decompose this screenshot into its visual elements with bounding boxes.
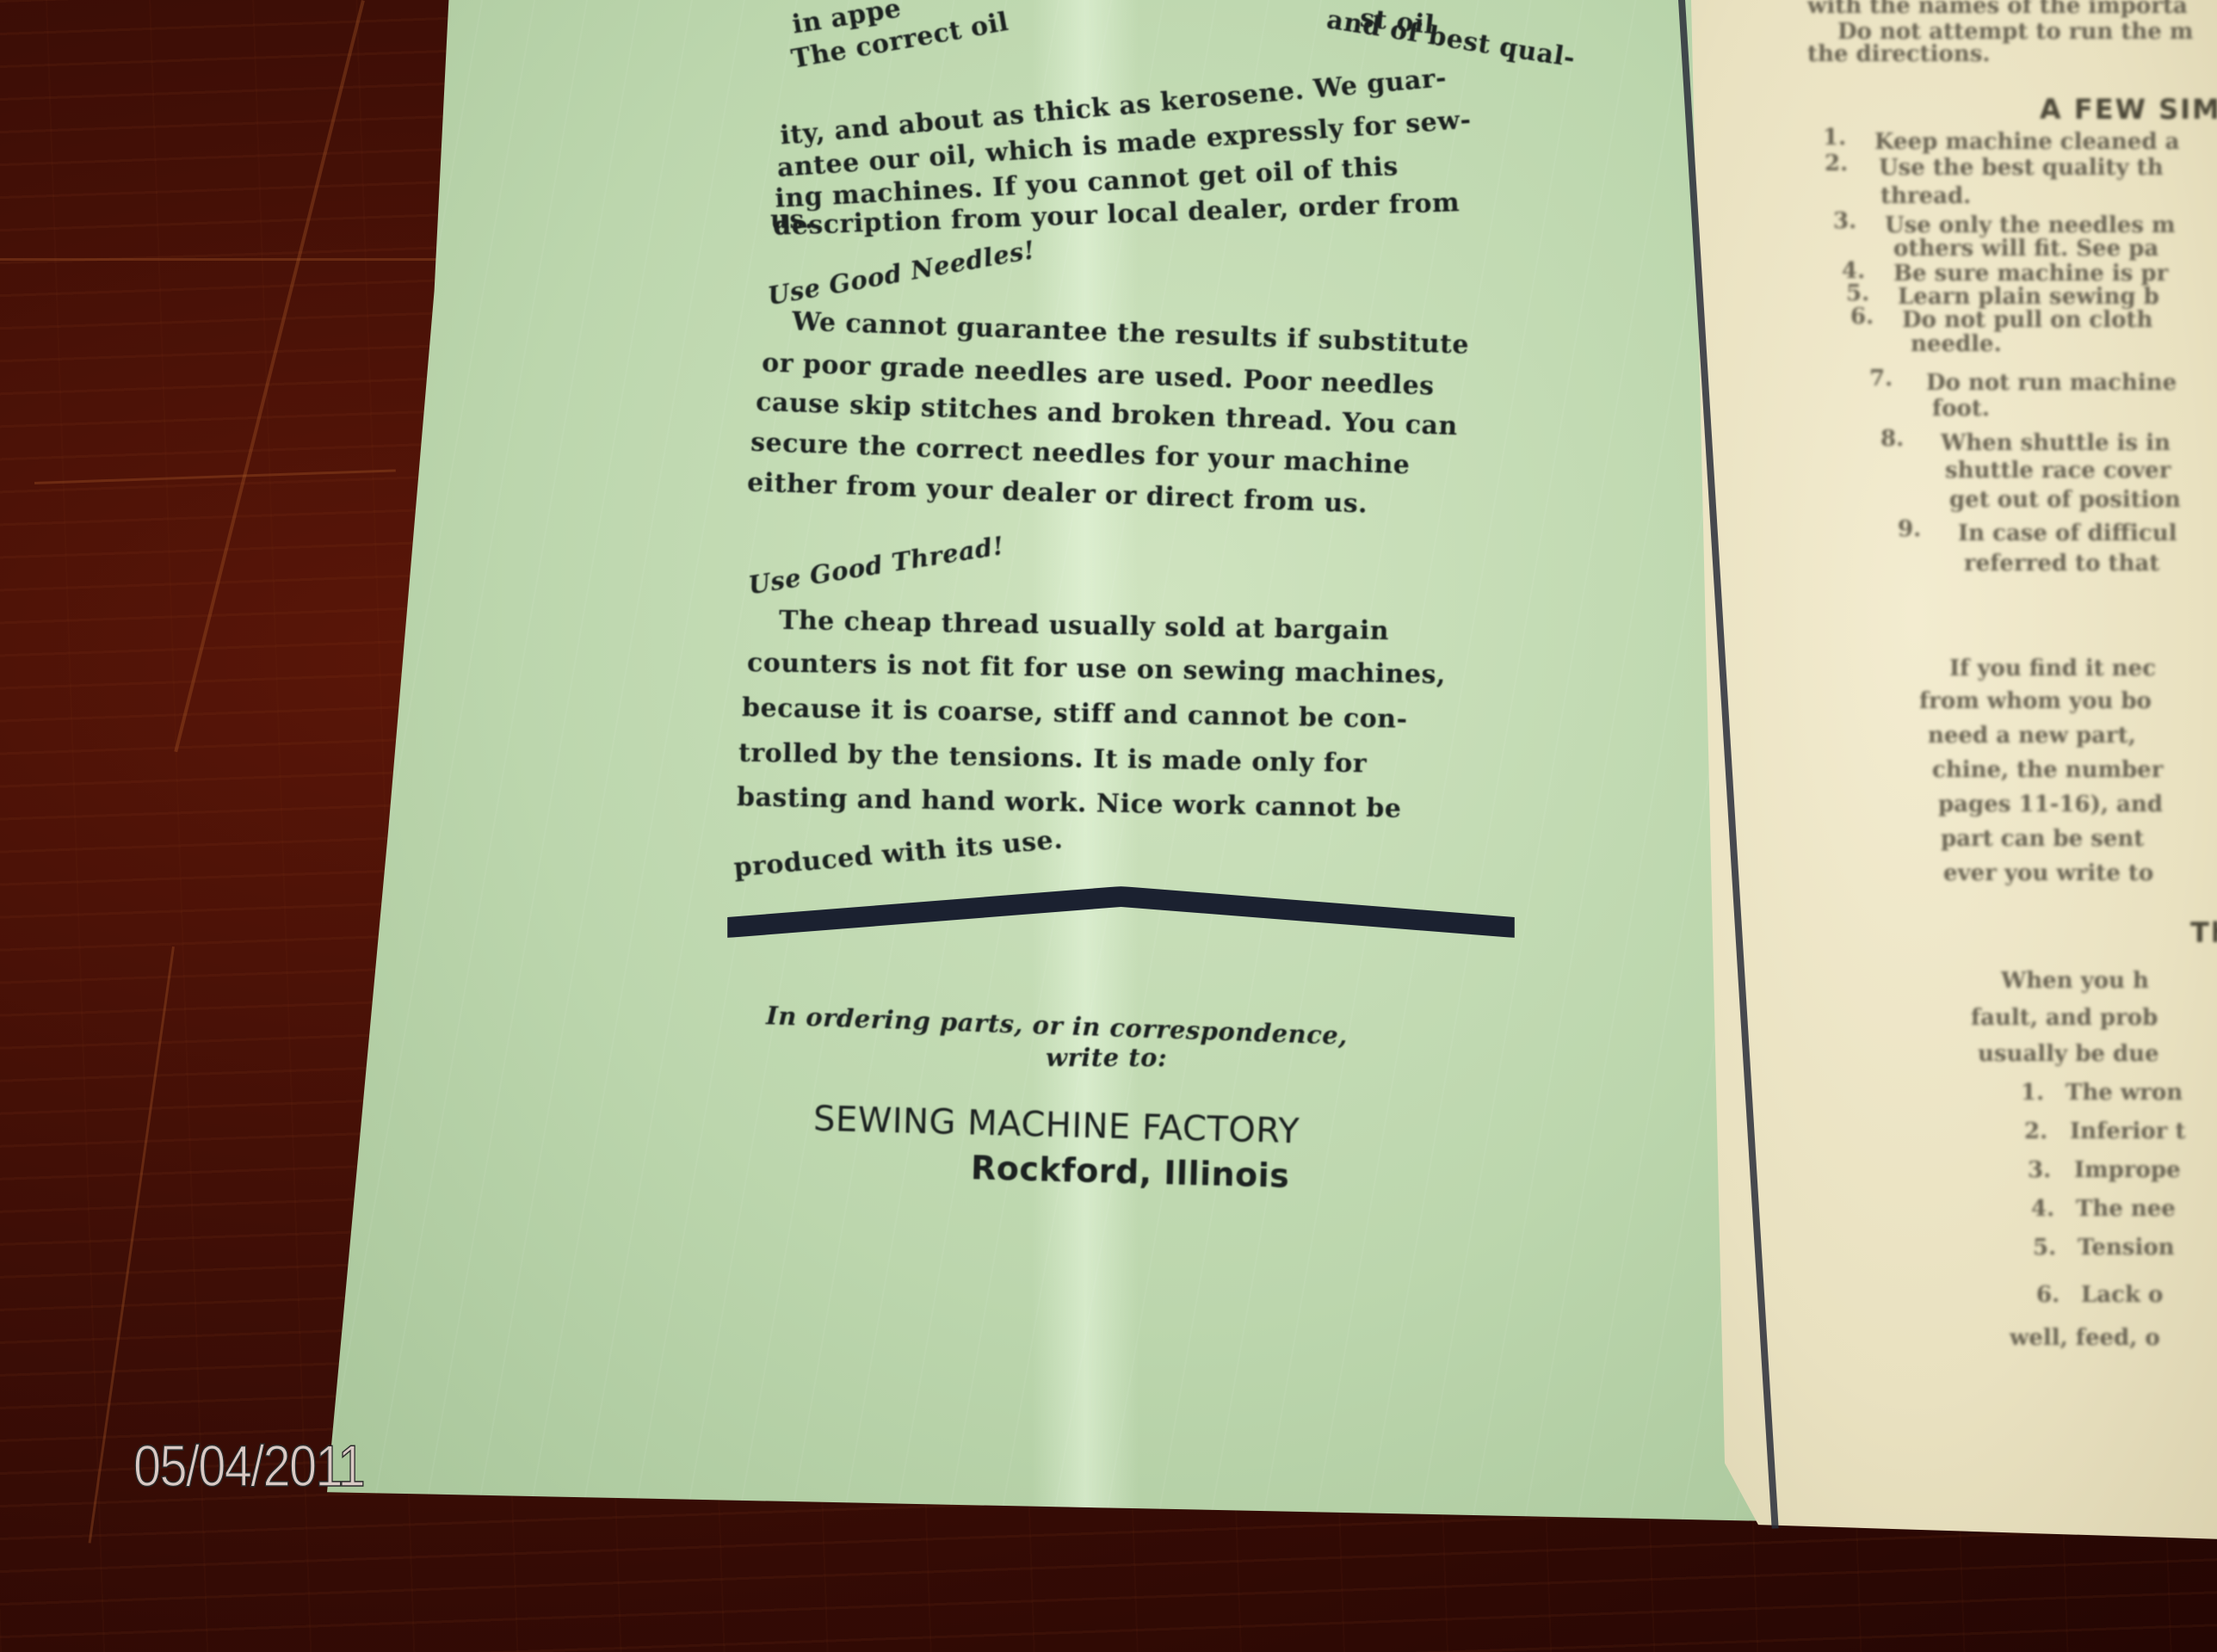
text-line: from whom you bo [1919,688,2152,714]
cause-number: 3. [2028,1157,2051,1183]
text-line: fault, and prob [1971,1005,2158,1031]
rule-text: needle. [1911,331,2002,357]
rule-text: Keep machine cleaned a [1874,129,2179,155]
text-line: us. [770,205,814,235]
cause-number: 5. [2033,1235,2056,1261]
text-line: with the names of the importa [1807,0,2188,19]
rule-text: Be sure machine is pr [1893,261,2168,287]
cause-text: Tension [2078,1235,2175,1261]
cause-number: 6. [2036,1282,2060,1308]
text-line: ever you write to [1943,860,2153,886]
rules-heading: A FEW SIM [2040,93,2217,126]
rule-text: Do not run machine [1926,370,2177,396]
wood-grain [174,0,365,752]
text-line: the directions. [1807,41,1990,67]
cause-text: Lack o [2081,1282,2163,1308]
rule-text: referred to that [1964,551,2159,576]
cause-text: Inferior t [2070,1119,2185,1144]
rule-text: Learn plain sewing b [1898,284,2159,310]
cause-text: The nee [2076,1196,2176,1222]
contact-instruction: write to: [1046,1043,1167,1072]
rule-text: others will fit. See pa [1893,236,2158,262]
text-line: When you h [2001,968,2149,994]
wood-grain [0,258,482,261]
rule-text: When shuttle is in [1941,430,2171,456]
camera-date-stamp: 05/04/2011 [133,1433,364,1500]
rule-number: 2. [1825,151,1848,176]
text-line: part can be sent [1941,826,2144,852]
rule-text: thread. [1880,183,1971,209]
cause-text: The wron [2066,1080,2183,1106]
rule-text: shuttle race cover [1945,458,2171,484]
rule-text: Do not pull on cloth [1902,307,2152,333]
rule-number: 7. [1869,366,1893,391]
text-line: need a new part, [1928,723,2136,749]
section2-heading: Th [2190,916,2217,949]
rule-text: get out of position [1949,487,2181,513]
cause-number: 1. [2021,1080,2044,1106]
cause-number: 2. [2024,1119,2047,1144]
rule-number: 6. [1850,304,1874,330]
text-line: chine, the number [1932,757,2163,783]
rule-text: foot. [1932,396,1990,422]
text-line: If you find it nec [1949,656,2156,681]
text-line: pages 11-16), and [1938,792,2163,817]
cause-text: Imprope [2074,1157,2181,1183]
rule-number: 5. [1846,280,1869,306]
rule-text: In case of difficul [1958,521,2177,546]
rule-number: 3. [1833,208,1856,234]
rule-number: 8. [1880,426,1904,452]
text-line: usually be due [1978,1041,2159,1067]
cause-number: 4. [2031,1196,2054,1222]
rule-number: 9. [1898,516,1921,542]
rule-text: Use only the needles m [1885,213,2175,238]
rule-text: Use the best quality th [1879,155,2164,181]
wood-grain [34,469,396,484]
rule-number: 1. [1823,125,1846,151]
text-line: well, feed, o [2010,1325,2160,1351]
